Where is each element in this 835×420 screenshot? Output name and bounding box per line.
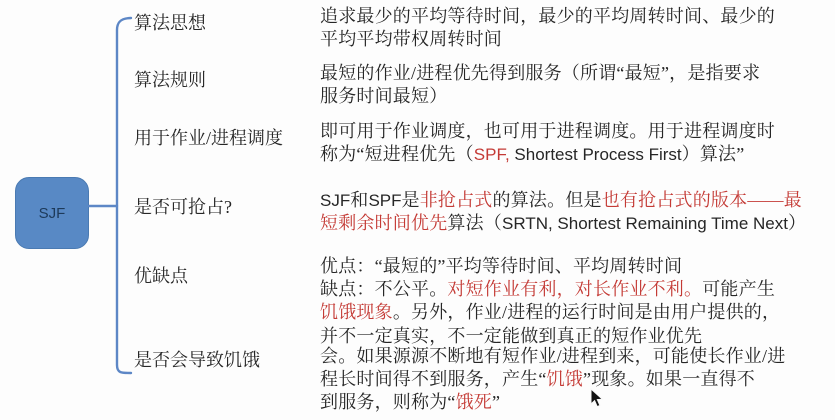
branch-label-idea: 算法思想 [134,12,206,34]
branch-label-rule: 算法规则 [134,69,206,91]
branch-label-scope: 用于作业/进程调度 [134,127,283,149]
paragraph-rule: 最短的作业/进程优先得到服务（所谓“最短”，是指要求服务时间最短） [320,62,835,108]
paragraph-starvation: 会。如果源源不断地有短作业/进程到来，可能使长作业/进程长时间得不到服务，产生“… [320,345,835,415]
branch-label-pros-cons: 优缺点 [134,265,188,287]
branch-label-starvation: 是否会导致饥饿 [134,349,260,371]
sjf-root-node: SJF [15,177,89,249]
paragraph-pros-cons: 优点：“最短的”平均等待时间、平均周转时间缺点：不公平。对短作业有利，对长作业不… [320,255,835,348]
paragraph-preemptive: SJF和SPF是非抢占式的算法。但是也有抢占式的版本——最短剩余时间优先算法（S… [320,189,835,235]
slide-canvas: SJF 算法思想 算法规则 用于作业/进程调度 是否可抢占? 优缺点 是否会导致… [0,0,835,420]
mouse-cursor-icon [590,388,604,409]
paragraph-scope: 即可用于作业调度，也可用于进程调度。用于进程调度时称为“短进程优先（SPF, S… [320,120,835,166]
paragraph-idea: 追求最少的平均等待时间，最少的平均周转时间、最少的平均平均带权周转时间 [320,5,835,51]
branch-label-preemptive: 是否可抢占? [134,196,232,218]
brace-bracket [85,8,141,398]
